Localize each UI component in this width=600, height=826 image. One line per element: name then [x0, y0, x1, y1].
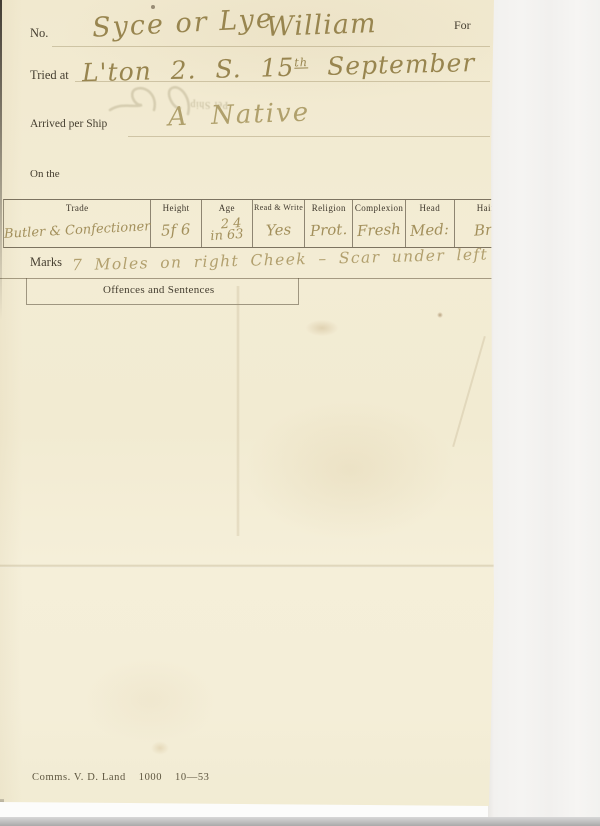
- column-header: Head: [420, 203, 441, 213]
- table-cell-age: Age 2 4in 63: [202, 200, 253, 247]
- cell-value: Butler & Confectioner: [3, 209, 151, 251]
- table-cell-religion: Religion Prot.: [305, 200, 353, 247]
- cell-value: Fresh: [356, 212, 402, 248]
- arrived-per-ship-label: Arrived per Ship: [30, 118, 107, 130]
- cell-value: 5f 6: [161, 212, 192, 247]
- ink-speck: [151, 5, 155, 9]
- vertical-crease: [236, 286, 240, 536]
- tried-day: 15: [260, 53, 295, 83]
- table-cell-trade: Trade Butler & Confectioner: [4, 200, 151, 247]
- tried-at-label: Tried at: [30, 68, 69, 83]
- ship-name-script: A Native: [168, 98, 311, 133]
- table-cell-complexion: Complexion Fresh: [353, 200, 405, 247]
- ship-underline: [128, 136, 490, 137]
- scan-edge-artifact-left: [0, 0, 2, 320]
- tried-at-underline: [75, 81, 490, 82]
- cell-value: 2 4in 63: [209, 212, 245, 248]
- age-bottom: in 63: [210, 229, 244, 242]
- printer-imprint: Comms. V. D. Land 1000 10—53: [32, 772, 210, 783]
- table-cell-height: Height 5f 6: [151, 200, 201, 247]
- corner-form-label: For: [454, 18, 471, 33]
- tried-day-suffix: th: [294, 56, 308, 69]
- prisoner-forename-script: William: [265, 8, 377, 43]
- prisoner-name-script: Syce or Lye: [91, 3, 274, 43]
- name-underline: [52, 46, 490, 47]
- marks-script: 7 Moles on right Cheek – Scar under left…: [72, 244, 552, 275]
- column-header: Read & Write: [254, 203, 303, 212]
- marks-label: Marks: [30, 255, 62, 270]
- cell-value: Yes: [265, 211, 292, 247]
- diagonal-crease: [452, 336, 486, 447]
- cell-value: Med:: [409, 212, 450, 248]
- column-header: Trade: [66, 203, 89, 213]
- description-table: Trade Butler & Confectioner Height 5f 6 …: [3, 199, 516, 248]
- cell-value: Prot.: [309, 212, 348, 248]
- tried-place: L'ton 2. S.: [82, 54, 242, 87]
- scanned-document: Per Ship No. Syce or Lye William For Tri…: [0, 0, 600, 826]
- horizontal-fold-crease: [0, 564, 494, 568]
- scanner-edge-bar: [0, 817, 600, 826]
- form-number-label: No.: [30, 26, 48, 41]
- scanner-background: [488, 0, 600, 826]
- on-the-label: On the: [30, 168, 60, 180]
- offences-label: Offences and Sentences: [103, 284, 214, 296]
- table-cell-read-write: Read & Write Yes: [253, 200, 305, 247]
- table-cell-head: Head Med:: [406, 200, 455, 247]
